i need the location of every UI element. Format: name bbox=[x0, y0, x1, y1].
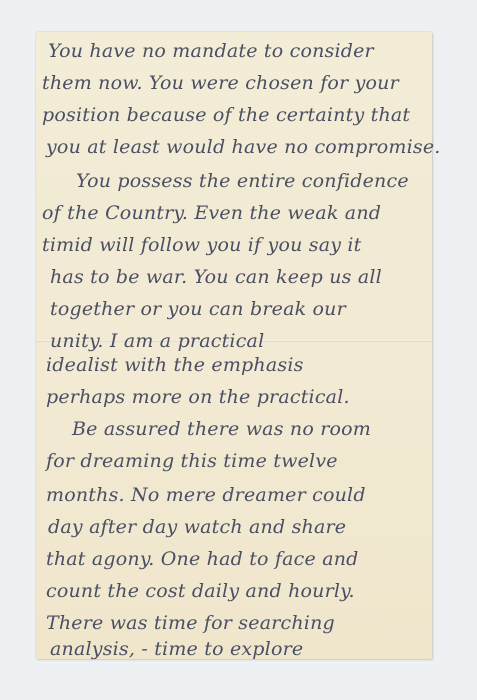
text-line: perhaps more on the practical. bbox=[46, 386, 350, 408]
text-line: of the Country. Even the weak and bbox=[42, 202, 381, 224]
text-line: timid will follow you if you say it bbox=[42, 234, 362, 256]
text-line: Be assured there was no room bbox=[72, 418, 371, 440]
text-line: for dreaming this time twelve bbox=[46, 450, 338, 472]
text-line: You possess the entire confidence bbox=[76, 170, 409, 192]
text-line: months. No mere dreamer could bbox=[46, 484, 366, 506]
text-line: you at least would have no compromise. bbox=[46, 136, 441, 158]
text-line: You have no mandate to consider bbox=[48, 40, 374, 62]
text-line: has to be war. You can keep us all bbox=[50, 266, 382, 288]
text-line: count the cost daily and hourly. bbox=[46, 580, 355, 602]
text-line: idealist with the emphasis bbox=[46, 354, 304, 376]
text-line: position because of the certainty that bbox=[42, 104, 410, 126]
text-line: that agony. One had to face and bbox=[46, 548, 359, 570]
text-line: analysis, - time to explore bbox=[50, 638, 303, 660]
text-line: unity. I am a practical bbox=[50, 330, 264, 352]
text-line: There was time for searching bbox=[46, 612, 335, 634]
text-line: together or you can break our bbox=[50, 298, 346, 320]
text-line: them now. You were chosen for your bbox=[42, 72, 399, 94]
letter-page: You have no mandate to consider them now… bbox=[36, 32, 432, 659]
text-line: day after day watch and share bbox=[48, 516, 346, 538]
